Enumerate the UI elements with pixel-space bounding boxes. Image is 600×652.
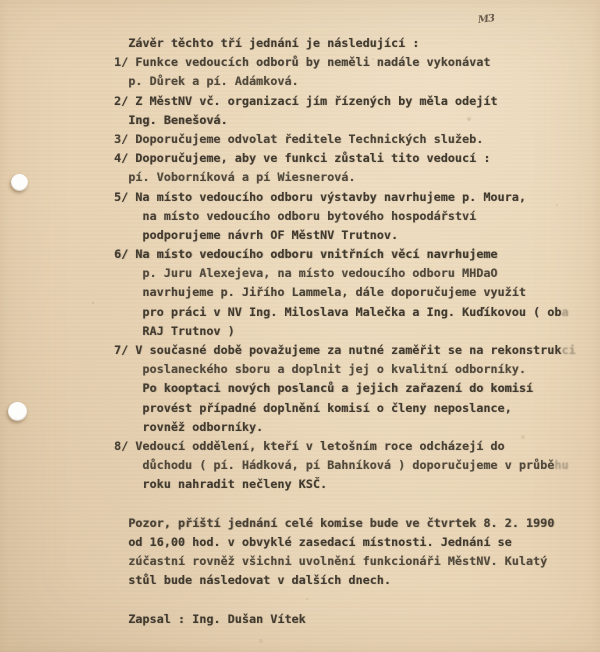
line-text: 5/ Na místo vedoucího odboru výstavby na…	[114, 190, 526, 204]
text-line: stůl bude následovat v dalších dnech.	[114, 571, 576, 590]
text-line: p. Důrek a pí. Adámková.	[114, 72, 576, 91]
text-line: Zapsal : Ing. Dušan Vítek	[114, 610, 576, 629]
text-line	[114, 590, 576, 609]
text-line: 2/ Z MěstNV vč. organizací jím řízených …	[114, 92, 576, 111]
line-text: Pozor, příští jednání celé komise bude v…	[114, 516, 554, 530]
text-line: Ing. Benešová.	[114, 111, 576, 130]
line-text: Po kooptaci nových poslanců a jejich zař…	[114, 381, 533, 395]
line-text: poslaneckého sboru a doplnit jej o kvali…	[114, 362, 526, 376]
text-line: pí. Voborníková a pí Wiesnerová.	[114, 168, 576, 187]
line-text: roku nahradit nečleny KSČ.	[114, 477, 327, 491]
line-faded-text: a	[561, 305, 568, 319]
line-text: pí. Voborníková a pí Wiesnerová.	[114, 170, 355, 184]
line-faded-text: ci	[561, 343, 575, 357]
punch-hole-top	[11, 174, 28, 191]
text-line: Po kooptaci nových poslanců a jejich zař…	[114, 379, 576, 398]
text-line: podporujeme návrh OF MěstNV Trutnov.	[114, 226, 576, 245]
text-line: p. Juru Alexejeva, na místo vedoucího od…	[114, 264, 576, 283]
text-line: na místo vedoucího odboru bytového hospo…	[114, 207, 576, 226]
line-text: na místo vedoucího odboru bytového hospo…	[114, 209, 476, 223]
scanned-page: M3 Závěr těchto tří jednání je následují…	[0, 0, 600, 652]
text-line: pro práci v NV Ing. Miloslava Malečka a …	[114, 303, 576, 322]
punch-hole-bottom	[8, 402, 27, 421]
handwritten-mark: M3	[477, 13, 494, 26]
line-text: 8/ Vedoucí oddělení, kteří v letošním ro…	[114, 439, 505, 453]
line-text: důchodu ( pí. Hádková, pí Bahníková ) do…	[114, 458, 554, 472]
line-text: Ing. Benešová.	[114, 113, 228, 127]
text-line: poslaneckého sboru a doplnit jej o kvali…	[114, 360, 576, 379]
document-text: Závěr těchto tří jednání je následující …	[114, 34, 576, 629]
line-text: stůl bude následovat v dalších dnech.	[114, 573, 391, 587]
text-line: 8/ Vedoucí oddělení, kteří v letošním ro…	[114, 437, 576, 456]
text-line: navrhujeme p. Jiřího Lammela, dále dopor…	[114, 283, 576, 302]
line-text: od 16,00 hod. v obvyklé zasedací místnos…	[114, 535, 512, 549]
text-line: 3/ Doporučujeme odvolat ředitele Technic…	[114, 130, 576, 149]
line-text: Zapsal : Ing. Dušan Vítek	[114, 612, 306, 626]
text-line: Závěr těchto tří jednání je následující …	[114, 34, 576, 53]
text-line: 4/ Doporučujeme, aby ve funkci zůstali t…	[114, 149, 576, 168]
text-line: RAJ Trutnov )	[114, 322, 576, 341]
line-text: 3/ Doporučujeme odvolat ředitele Technic…	[114, 132, 483, 146]
line-text: navrhujeme p. Jiřího Lammela, dále dopor…	[114, 285, 526, 299]
line-text: 6/ Na místo vedoucího odboru vnitřních v…	[114, 247, 498, 261]
text-line: 6/ Na místo vedoucího odboru vnitřních v…	[114, 245, 576, 264]
text-line: rovněž odborníky.	[114, 418, 576, 437]
line-text: 2/ Z MěstNV vč. organizací jím řízených …	[114, 94, 498, 108]
line-text: pro práci v NV Ing. Miloslava Malečka a …	[114, 305, 561, 319]
text-line: Pozor, příští jednání celé komise bude v…	[114, 514, 576, 533]
line-text: zúčastní rovněž všichni uvolnění funkcio…	[114, 554, 547, 568]
line-text: p. Juru Alexejeva, na místo vedoucího od…	[114, 266, 498, 280]
text-line: zúčastní rovněž všichni uvolnění funkcio…	[114, 552, 576, 571]
line-faded-text: hu	[554, 458, 568, 472]
text-line: roku nahradit nečleny KSČ.	[114, 475, 576, 494]
line-text: p. Důrek a pí. Adámková.	[114, 74, 299, 88]
line-text: RAJ Trutnov )	[114, 324, 235, 338]
text-line: od 16,00 hod. v obvyklé zasedací místnos…	[114, 533, 576, 552]
line-text: provést případné doplnění komisí o členy…	[114, 401, 512, 415]
line-text: 7/ V současné době považujeme za nutné z…	[114, 343, 561, 357]
text-line: důchodu ( pí. Hádková, pí Bahníková ) do…	[114, 456, 576, 475]
text-line: 7/ V současné době považujeme za nutné z…	[114, 341, 576, 360]
line-text: 4/ Doporučujeme, aby ve funkci zůstali t…	[114, 151, 490, 165]
text-line: 5/ Na místo vedoucího odboru výstavby na…	[114, 188, 576, 207]
text-line: provést případné doplnění komisí o členy…	[114, 399, 576, 418]
text-line	[114, 495, 576, 514]
line-text: 1/ Funkce vedoucích odborů by neměli nad…	[114, 55, 490, 69]
text-line: 1/ Funkce vedoucích odborů by neměli nad…	[114, 53, 576, 72]
line-text: rovněž odborníky.	[114, 420, 263, 434]
line-text: podporujeme návrh OF MěstNV Trutnov.	[114, 228, 398, 242]
line-text: Závěr těchto tří jednání je následující …	[114, 36, 419, 50]
